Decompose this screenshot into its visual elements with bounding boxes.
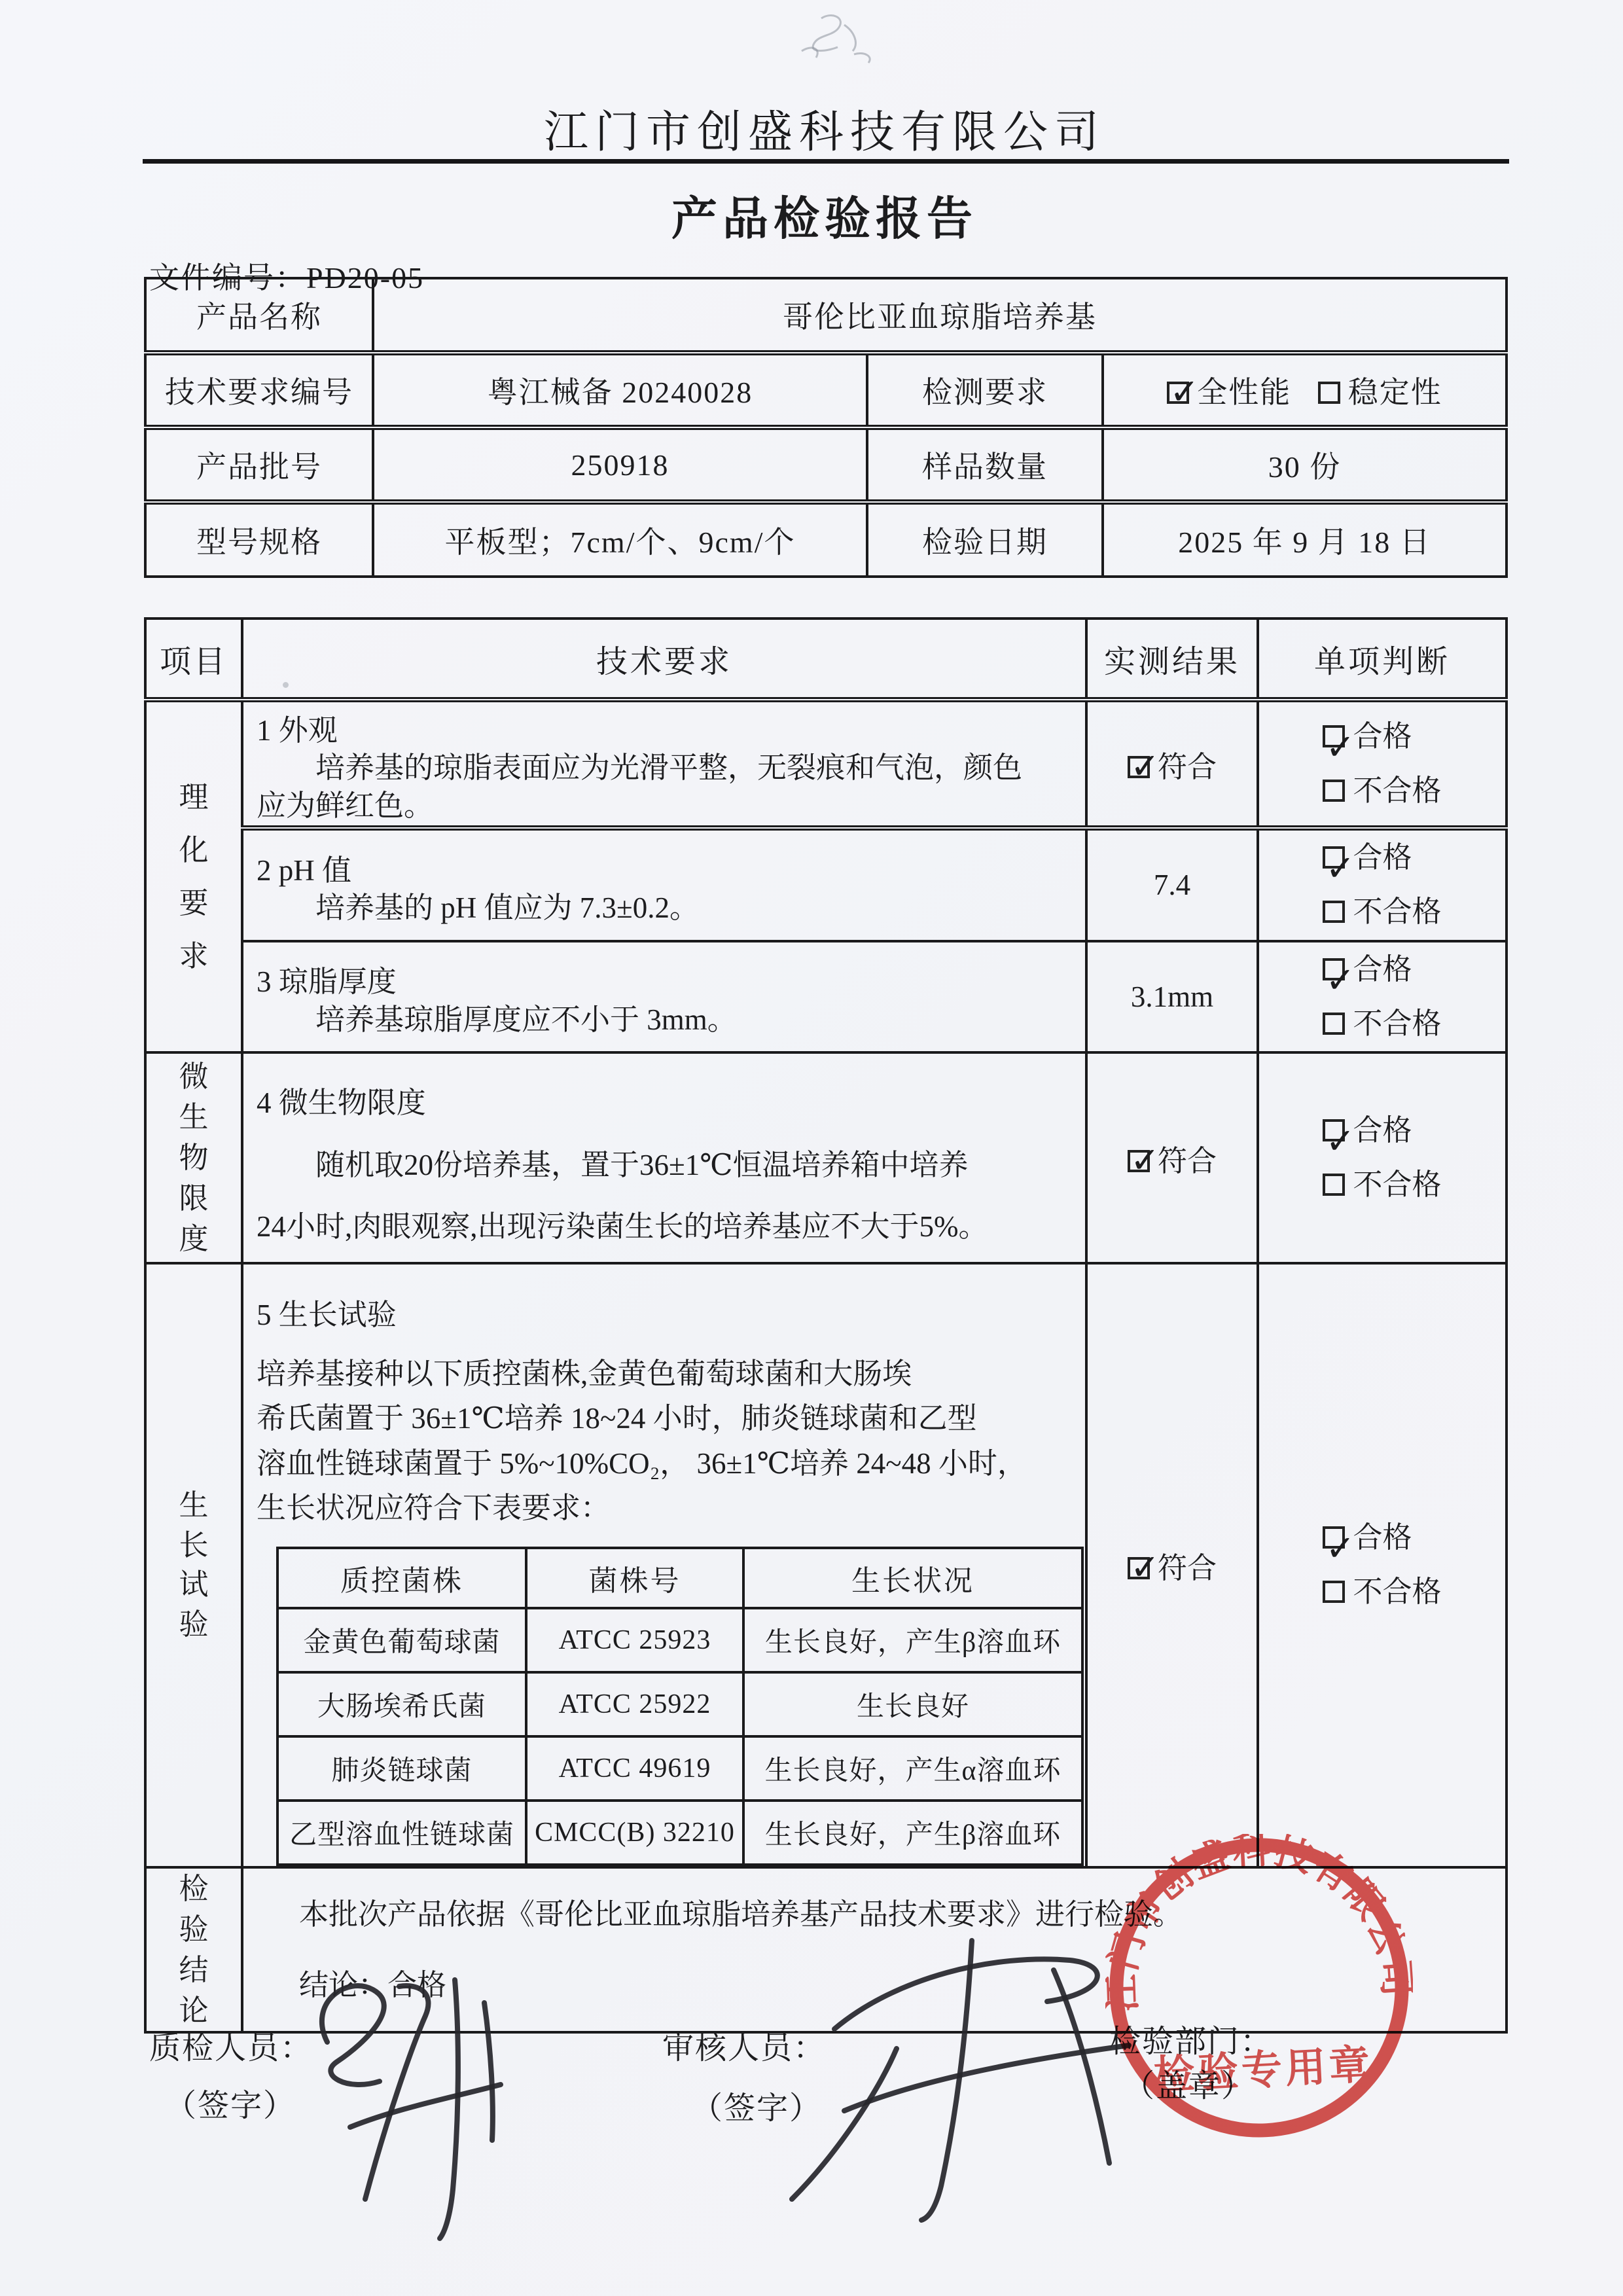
section-physchem: 理化要求	[145, 700, 242, 1052]
section-growth: 生长试验	[145, 1263, 242, 1867]
fail-label: 不合格	[1353, 1007, 1441, 1040]
requirement-title: 5 生长试验	[257, 1291, 1079, 1333]
col-strain: 质控菌株	[277, 1548, 526, 1608]
strain-name: 金黄色葡萄球菌	[277, 1608, 526, 1672]
qc-sign-label: （签字）	[165, 2080, 296, 2125]
checkbox-checked: ✓	[1323, 846, 1345, 869]
inspection-table: 项目 技术要求 实测结果 单项判断 理化要求 1 外观 培养基的琼脂表面应为光滑…	[144, 617, 1508, 2034]
checkbox-checked: ✓	[1323, 725, 1345, 747]
micro-judgement: ✓合格 不合格	[1258, 1052, 1507, 1263]
check-icon: ✓	[1325, 1516, 1355, 1581]
row-appearance: 理化要求 1 外观 培养基的琼脂表面应为光滑平整，无裂痕和气泡，颜色 应为鲜红色…	[145, 700, 1507, 828]
table-row: 肺炎链球菌 ATCC 49619 生长良好，产生α溶血环	[277, 1736, 1082, 1801]
requirement-text: 培养基的 pH 值应为 7.3±0.2。	[257, 889, 1073, 927]
pass-label: 合格	[1353, 953, 1412, 986]
strain-name: 乙型溶血性链球菌	[277, 1801, 526, 1865]
svg-text:江门市创盛科技有限公司: 江门市创盛科技有限公司	[1105, 1834, 1413, 2013]
table-row: 产品批号 250918 样品数量 30 份	[145, 427, 1507, 502]
strain-no: ATCC 49619	[526, 1736, 743, 1801]
table-row: 产品名称 哥伦比亚血琼脂培养基	[145, 278, 1507, 353]
date-value: 2025 年 9 月 18 日	[1103, 502, 1507, 577]
checkbox-unchecked	[1323, 1174, 1345, 1196]
requirement-title: 3 琼脂厚度	[257, 963, 1073, 1001]
growth-judgement: ✓合格 不合格	[1258, 1263, 1507, 1867]
row-growth: 生长试验 5 生长试验 培养基接种以下质控菌株,金黄色葡萄球菌和大肠埃 希氏菌置…	[145, 1263, 1507, 1867]
header-rule	[143, 159, 1509, 164]
requirement-text: 随机取20份培养基，置于36±1℃恒温培养箱中培养	[257, 1134, 1073, 1196]
batch-label: 产品批号	[145, 427, 373, 502]
test-req-value: ✓全性能 稳定性	[1103, 353, 1507, 427]
growth-requirement: 5 生长试验 培养基接种以下质控菌株,金黄色葡萄球菌和大肠埃 希氏菌置于 36±…	[242, 1263, 1086, 1867]
stamp-company-text: 江门市创盛科技有限公司	[1105, 1834, 1413, 2013]
result-value: 符合	[1158, 751, 1217, 783]
growth-status: 生长良好，产生β溶血环	[743, 1608, 1082, 1672]
tech-req-no-label: 技术要求编号	[145, 353, 373, 427]
thickness-result: 3.1mm	[1086, 941, 1258, 1053]
checkbox-unchecked	[1323, 901, 1345, 923]
requirement-text: 生长状况应符合下表要求：	[257, 1486, 1079, 1530]
product-name-value: 哥伦比亚血琼脂培养基	[373, 278, 1507, 353]
product-info-table: 产品名称 哥伦比亚血琼脂培养基 技术要求编号 粤江械备 20240028 检测要…	[144, 277, 1508, 578]
requirement-text: 培养基接种以下质控菌株,金黄色葡萄球菌和大肠埃	[257, 1352, 1079, 1396]
table-header-row: 质控菌株 菌株号 生长状况	[277, 1548, 1082, 1608]
col-result: 实测结果	[1086, 619, 1258, 700]
checkbox-checked: ✓	[1167, 382, 1189, 404]
checkbox-checked: ✓	[1128, 1150, 1150, 1172]
checkbox-unchecked	[1323, 1013, 1345, 1035]
product-name-label: 产品名称	[145, 278, 373, 353]
col-judgement: 单项判断	[1258, 619, 1507, 700]
thickness-requirement: 3 琼脂厚度 培养基琼脂厚度应不小于 3mm。	[242, 941, 1086, 1053]
requirement-title: 2 pH 值	[257, 852, 1073, 890]
col-growth-status: 生长状况	[743, 1548, 1082, 1608]
reviewer-signature	[772, 1924, 1152, 2232]
model-label: 型号规格	[145, 502, 373, 577]
table-row: 金黄色葡萄球菌 ATCC 25923 生长良好，产生β溶血环	[277, 1608, 1082, 1672]
fail-label: 不合格	[1353, 895, 1441, 928]
check-icon: ✓	[1325, 836, 1355, 901]
scan-smudge-artifact	[782, 5, 893, 90]
inspection-stamp: 江门市创盛科技有限公司 检验专用章	[1105, 1834, 1413, 2142]
requirement-text: 溶血性链球菌置于 5%~10%CO₂， 36±1℃培养 24~48 小时，	[257, 1441, 1079, 1486]
test-req-option-stability: 稳定性	[1348, 376, 1442, 409]
strain-no: ATCC 25923	[526, 1608, 743, 1672]
growth-status: 生长良好	[743, 1672, 1082, 1736]
check-icon: ✓	[1325, 948, 1355, 1013]
checkbox-checked: ✓	[1323, 1526, 1345, 1549]
appearance-judgement: ✓合格 不合格	[1258, 700, 1507, 828]
growth-result: ✓符合	[1086, 1263, 1258, 1867]
growth-strain-table: 质控菌株 菌株号 生长状况 金黄色葡萄球菌 ATCC 25923 生长良好，产生…	[276, 1547, 1084, 1866]
stamp-label-text: 检验专用章	[1153, 2042, 1374, 2098]
fail-label: 不合格	[1353, 774, 1441, 807]
table-row: 型号规格 平板型；7cm/个、9cm/个 检验日期 2025 年 9 月 18 …	[145, 502, 1507, 577]
micro-requirement: 4 微生物限度 随机取20份培养基，置于36±1℃恒温培养箱中培养 24小时,肉…	[242, 1052, 1086, 1263]
requirement-title: 1 外观	[257, 712, 1073, 750]
sample-qty-value: 30 份	[1103, 427, 1507, 502]
check-icon: ✓	[1325, 715, 1355, 780]
appearance-requirement: 1 外观 培养基的琼脂表面应为光滑平整，无裂痕和气泡，颜色 应为鲜红色。	[242, 700, 1086, 828]
sample-qty-label: 样品数量	[867, 427, 1103, 502]
test-req-option-full: 全性能	[1197, 376, 1291, 409]
col-requirement: 技术要求	[242, 619, 1086, 700]
table-row: 技术要求编号 粤江械备 20240028 检测要求 ✓全性能 稳定性	[145, 353, 1507, 427]
checkbox-checked: ✓	[1323, 958, 1345, 980]
row-ph: 2 pH 值 培养基的 pH 值应为 7.3±0.2。 7.4 ✓合格 不合格	[145, 828, 1507, 941]
thickness-judgement: ✓合格 不合格	[1258, 941, 1507, 1053]
ph-judgement: ✓合格 不合格	[1258, 828, 1507, 941]
requirement-text: 应为鲜红色。	[257, 787, 1073, 825]
date-label: 检验日期	[867, 502, 1103, 577]
model-value: 平板型；7cm/个、9cm/个	[373, 502, 867, 577]
company-name: 江门市创盛科技有限公司	[144, 97, 1505, 160]
checkbox-unchecked	[1323, 780, 1345, 802]
section-micro: 微生物限度	[145, 1052, 242, 1263]
strain-name: 大肠埃希氏菌	[277, 1672, 526, 1736]
col-strain-no: 菌株号	[526, 1548, 743, 1608]
page-title: 产品检验报告	[144, 182, 1505, 248]
test-req-label: 检测要求	[867, 353, 1103, 427]
check-icon: ✓	[1130, 1547, 1160, 1588]
pass-label: 合格	[1353, 720, 1412, 753]
ph-requirement: 2 pH 值 培养基的 pH 值应为 7.3±0.2。	[242, 828, 1086, 941]
col-item: 项目	[145, 619, 242, 700]
checkbox-checked: ✓	[1323, 1119, 1345, 1141]
checkbox-checked: ✓	[1128, 756, 1150, 778]
row-micro: 微生物限度 4 微生物限度 随机取20份培养基，置于36±1℃恒温培养箱中培养 …	[145, 1052, 1507, 1263]
checkbox-unchecked	[1323, 1581, 1345, 1603]
strain-name: 肺炎链球菌	[277, 1736, 526, 1801]
requirement-title: 4 微生物限度	[257, 1072, 1073, 1134]
tech-req-no-value: 粤江械备 20240028	[373, 353, 867, 427]
result-value: 符合	[1158, 1145, 1217, 1177]
growth-status: 生长良好，产生α溶血环	[743, 1736, 1082, 1801]
growth-status: 生长良好，产生β溶血环	[743, 1801, 1082, 1865]
check-icon: ✓	[1130, 1139, 1160, 1181]
table-row: 大肠埃希氏菌 ATCC 25922 生长良好	[277, 1672, 1082, 1736]
requirement-text: 24小时,肉眼观察,出现污染菌生长的培养基应不大于5%。	[257, 1196, 1073, 1258]
section-conclusion: 检验结论	[145, 1867, 242, 2032]
fail-label: 不合格	[1353, 1168, 1441, 1201]
scanned-report-page: 江门市创盛科技有限公司 产品检验报告 文件编号：PD20-05 产品名称 哥伦比…	[0, 0, 1623, 2296]
table-row: 乙型溶血性链球菌 CMCC(B) 32210 生长良好，产生β溶血环	[277, 1801, 1082, 1865]
qc-signature	[288, 1964, 524, 2251]
pass-label: 合格	[1353, 1114, 1412, 1147]
pass-label: 合格	[1353, 841, 1412, 874]
micro-result: ✓符合	[1086, 1052, 1258, 1263]
checkbox-unchecked	[1318, 382, 1340, 404]
requirement-text: 培养基的琼脂表面应为光滑平整，无裂痕和气泡，颜色	[257, 749, 1073, 787]
check-icon: ✓	[1325, 1109, 1355, 1174]
batch-value: 250918	[373, 427, 867, 502]
row-thickness: 3 琼脂厚度 培养基琼脂厚度应不小于 3mm。 3.1mm ✓合格 不合格	[145, 941, 1507, 1053]
requirement-text: 希氏菌置于 36±1℃培养 18~24 小时，肺炎链球菌和乙型	[257, 1396, 1079, 1441]
check-icon: ✓	[1169, 371, 1200, 412]
checkbox-checked: ✓	[1128, 1557, 1150, 1579]
requirement-text: 培养基琼脂厚度应不小于 3mm。	[257, 1001, 1073, 1039]
table-header-row: 项目 技术要求 实测结果 单项判断	[145, 619, 1507, 700]
fail-label: 不合格	[1353, 1575, 1441, 1608]
strain-no: ATCC 25922	[526, 1672, 743, 1736]
pass-label: 合格	[1353, 1521, 1412, 1554]
ph-result: 7.4	[1086, 828, 1258, 941]
strain-no: CMCC(B) 32210	[526, 1801, 743, 1865]
appearance-result: ✓符合	[1086, 700, 1258, 828]
check-icon: ✓	[1130, 745, 1160, 787]
result-value: 符合	[1158, 1552, 1217, 1585]
